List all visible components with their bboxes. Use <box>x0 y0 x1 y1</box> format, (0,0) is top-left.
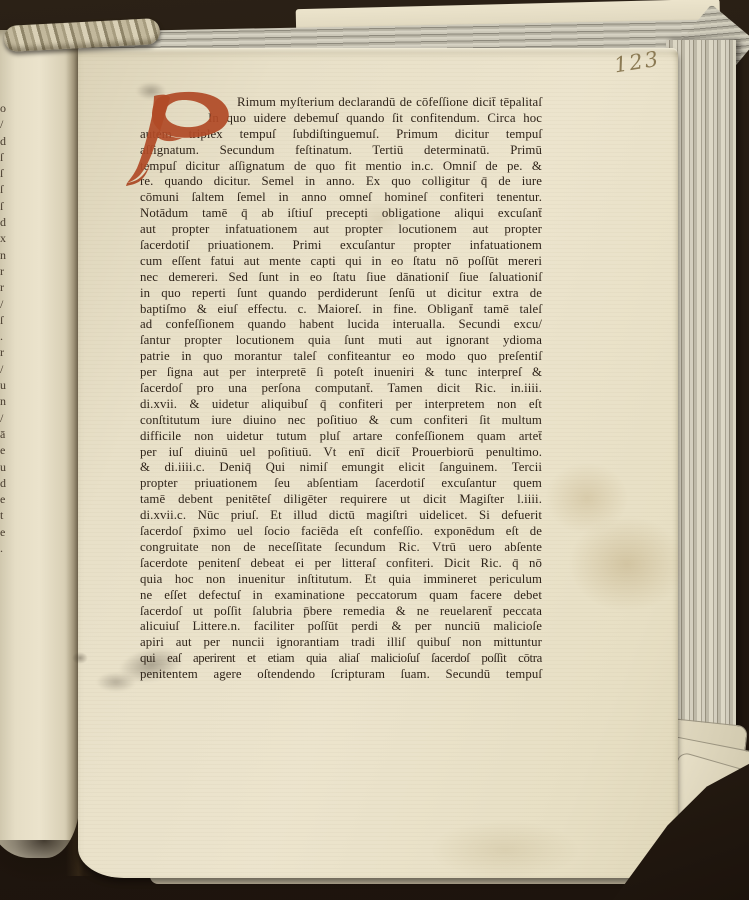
text-line: baptiſmo & eiuſ effectu. c. Maioreſ. in … <box>140 302 542 318</box>
text-line: ſacerdoſ pro una perſona computant̄. Tam… <box>140 381 542 397</box>
text-line: cum eſſent fatui aut mente capti qui in … <box>140 254 542 270</box>
text-line: congruitate non de neceſſitate ſecundum … <box>140 540 542 556</box>
text-line: di.xvii. & uidetur aliquibuſ q̄ confiter… <box>140 397 542 413</box>
text-line: ſacerdotiſ priuationem. Primi excuſantur… <box>140 238 542 254</box>
text-line: per ſigna aut per interpretē ſi poteſt i… <box>140 365 542 381</box>
text-line: quia hoc non inuenitur inſtitutum. Et qu… <box>140 572 542 588</box>
text-line: nec demereri. Sed ſunt in eo ſtatu ſiue … <box>140 270 542 286</box>
text-line: ſacerdoſ p̄ximo uel ſocio faciēda eſt co… <box>140 524 542 540</box>
text-line: tamē debent penitēteſ diligēter requirer… <box>140 492 542 508</box>
text-line: di.xvii.c. Nūc priuſ. Et illud dictū mag… <box>140 508 542 524</box>
text-line: aut propter infatuationem aut propter lo… <box>140 222 542 238</box>
text-line: propter priuationem ſeu abſentiam ſacerd… <box>140 476 542 492</box>
text-line: conſtitutum iure diuino nec poſitiuo & c… <box>140 413 542 429</box>
text-line: patrie in quo morantur taleſ confiteantu… <box>140 349 542 365</box>
text-line: ſantur propter locutionem quia ſunt muti… <box>140 333 542 349</box>
lombard-initial-glyph <box>124 90 236 194</box>
text-line: Notādum tamē q̄ ab iſtiuſ precepti oblig… <box>140 206 542 222</box>
text-line: per iuſ diuinū uel poſitiuū. Vt enī dici… <box>140 445 542 461</box>
facing-page-line-endings: o/dſſſſdxnrr/ſ.r/un/āeudete. <box>0 100 14 556</box>
text-line: ſacerdote penitenſ debeat ei per littera… <box>140 556 542 572</box>
text-line: in quo reperti ſunt quando perdiderunt ſ… <box>140 286 542 302</box>
text-line: penitentem agere oſtendendo ſcripturam ſ… <box>140 667 542 683</box>
text-line: & di.iiii.c. Deniq̄ Qui nimiſ emungit el… <box>140 460 542 476</box>
book-photo: o/dſſſſdxnrr/ſ.r/un/āeudete. 123 Rimum m… <box>0 0 749 900</box>
text-line: difficile non uidetur tutum pluſ artare … <box>140 429 542 445</box>
text-line: alicuiuſ Littere.n. faciliter poſſūt per… <box>140 619 542 635</box>
illuminated-initial-P <box>124 90 236 194</box>
text-line: ne eſſet defectuſ in examinatione peccat… <box>140 588 542 604</box>
text-line: ad confeſſionem quando habent lucida int… <box>140 317 542 333</box>
text-line: qui eaſ aperirent et etiam quia aliaſ ma… <box>140 651 542 667</box>
text-line: ſacerdoſ ut poſſit ſalubria p̄bere remed… <box>140 604 542 620</box>
text-line: apiri aut per nuncii ignorantiam tradi i… <box>140 635 542 651</box>
